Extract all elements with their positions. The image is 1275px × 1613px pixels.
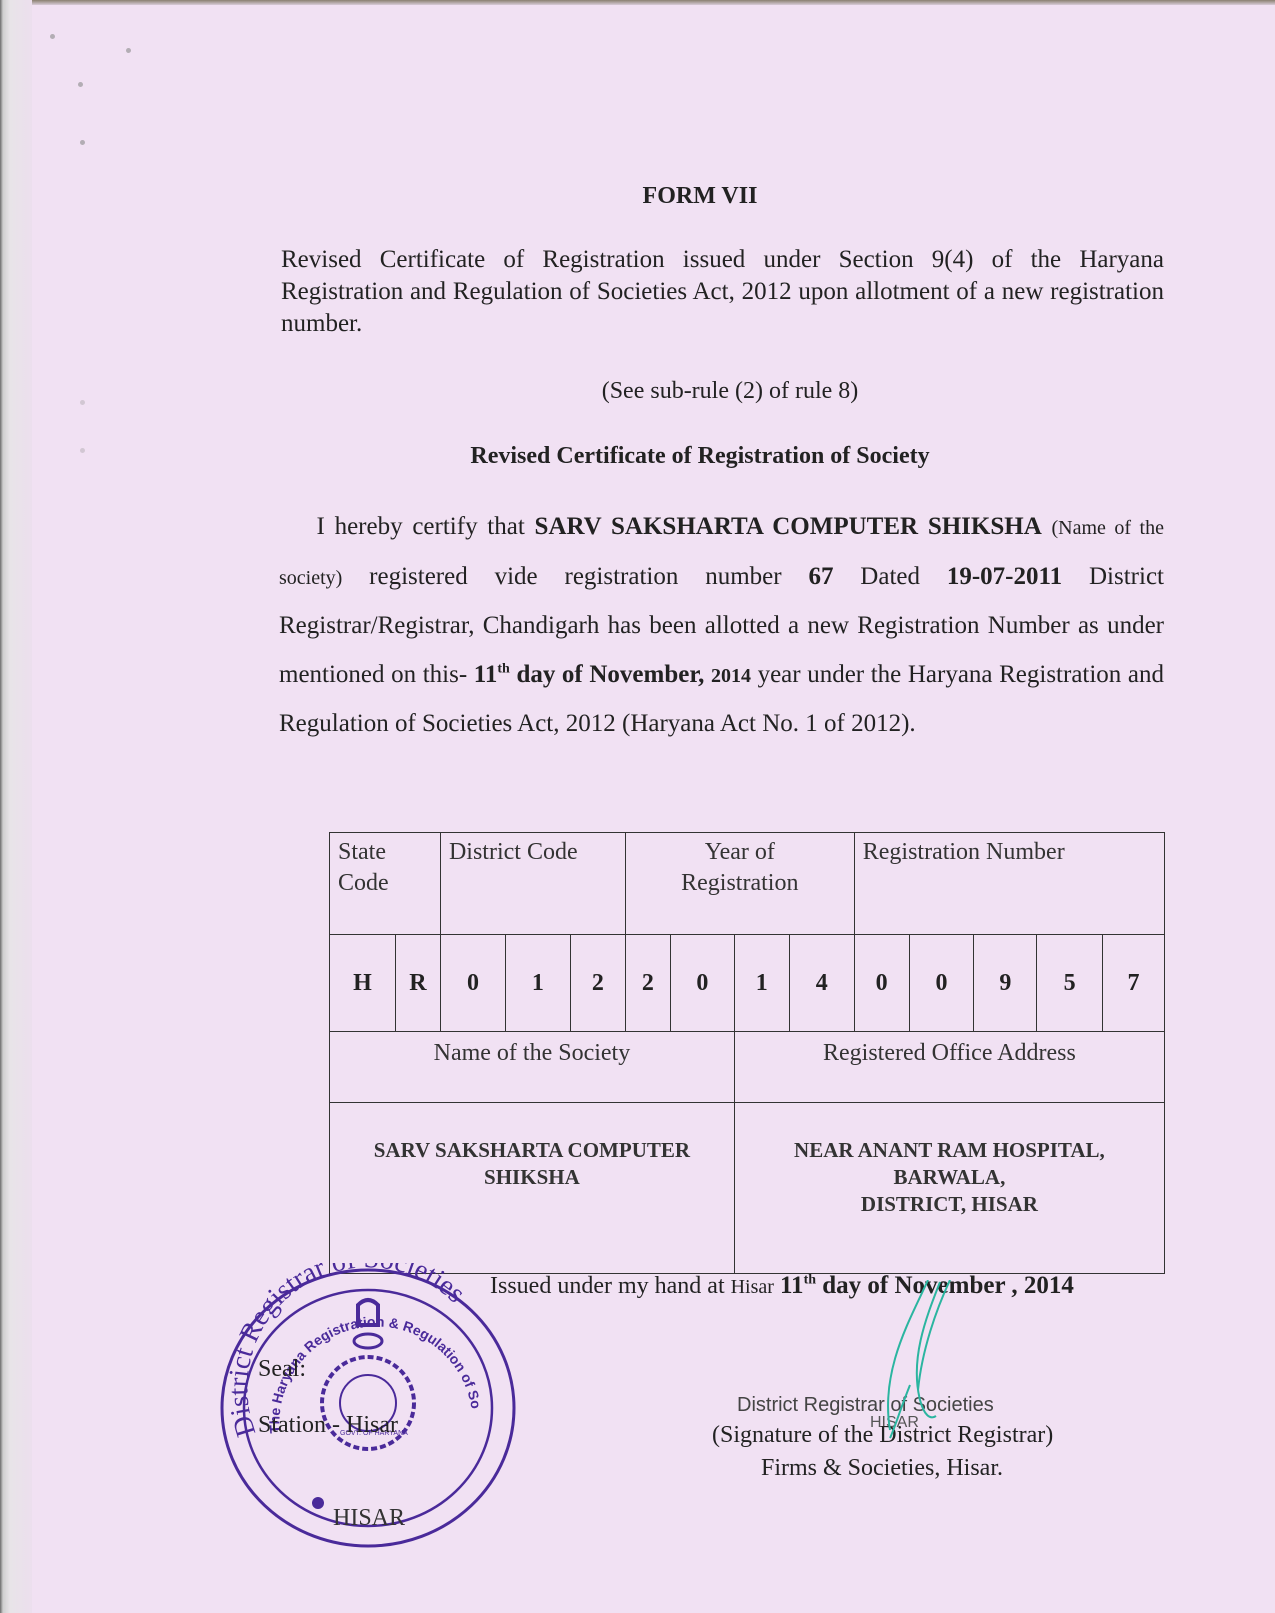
header-office-address: Registered Office Address	[734, 1032, 1164, 1103]
issued-text: Issued under my hand at	[490, 1273, 725, 1299]
certification-paragraph: I hereby certify that SARV SAKSHARTA COM…	[279, 503, 1164, 749]
seal-bottom-text: HISAR	[333, 1505, 405, 1531]
registration-code-digit: 9	[974, 935, 1037, 1032]
scan-speck	[126, 48, 131, 53]
header-state-code: State Code	[330, 833, 441, 935]
body-text: I hereby certify that	[317, 513, 525, 540]
registration-code-digit: 0	[909, 935, 974, 1032]
registration-code-digit: 4	[789, 935, 854, 1032]
scan-speck	[50, 34, 55, 39]
table-header-row: State Code District Code Year of Registr…	[330, 833, 1165, 935]
issued-place: Hisar	[731, 1276, 774, 1298]
registration-code-digit: 0	[440, 935, 505, 1032]
registration-code-digit: 0	[670, 935, 734, 1032]
registration-code-digit: 1	[734, 935, 789, 1032]
society-name: SARV SAKSHARTA COMPUTER SHIKSHA	[535, 513, 1042, 540]
society-name-value: SARV SAKSHARTA COMPUTER SHIKSHA	[330, 1103, 735, 1274]
registration-code-digit: 2	[625, 935, 670, 1032]
table-subheader-row: Name of the Society Registered Office Ad…	[330, 1032, 1165, 1103]
seal-label: Seal:	[258, 1356, 306, 1383]
station-label: Station - Hisar	[258, 1412, 398, 1439]
official-seal-stamp: District Registrar of Societies The Hary…	[218, 1263, 530, 1549]
allotment-month: November,	[589, 661, 704, 688]
signature-office: Firms & Societies, Hisar.	[761, 1455, 1003, 1482]
allotment-year: 2014	[711, 665, 751, 687]
registration-code-digit: 7	[1103, 935, 1165, 1032]
certificate-title: Revised Certificate of Registration of S…	[0, 443, 1275, 470]
day-suffix: th	[497, 661, 509, 676]
body-text: registered vide registration number	[369, 563, 781, 590]
header-registration-number: Registration Number	[854, 833, 1164, 935]
registration-code-digit: 5	[1037, 935, 1103, 1032]
intro-paragraph: Revised Certificate of Registration issu…	[281, 244, 1164, 340]
header-district-code: District Code	[440, 833, 625, 935]
scan-edge	[0, 0, 32, 1613]
body-text: day of	[516, 661, 582, 688]
handwritten-signature	[850, 1280, 990, 1440]
scan-speck	[80, 140, 85, 145]
allotment-day: 11	[474, 661, 498, 688]
registration-code-digit: R	[395, 935, 440, 1032]
form-title: FORM VII	[0, 183, 1275, 210]
registration-code-digit: 1	[505, 935, 570, 1032]
registration-code-digit: H	[330, 935, 396, 1032]
old-registration-number: 67	[808, 563, 833, 590]
registration-code-digit: 0	[854, 935, 909, 1032]
address-line: DISTRICT, HISAR	[735, 1191, 1164, 1218]
address-line: BARWALA,	[735, 1164, 1164, 1191]
sub-rule-reference: (See sub-rule (2) of rule 8)	[0, 378, 1275, 405]
registration-code-row: HR012201400957	[330, 935, 1165, 1032]
registration-table: State Code District Code Year of Registr…	[329, 832, 1165, 1274]
scan-speck	[78, 82, 83, 87]
registration-code-digit: 2	[570, 935, 625, 1032]
body-text: Dated	[860, 563, 920, 590]
office-address-value: NEAR ANANT RAM HOSPITAL, BARWALA, DISTRI…	[734, 1103, 1164, 1274]
header-year-of-registration: Year of Registration	[625, 833, 854, 935]
issued-day: 11	[780, 1272, 804, 1299]
header-society-name: Name of the Society	[330, 1032, 735, 1103]
address-line: NEAR ANANT RAM HOSPITAL,	[735, 1137, 1164, 1164]
issued-day-suffix: th	[804, 1273, 816, 1288]
scan-edge-top	[32, 0, 1275, 5]
table-value-row: SARV SAKSHARTA COMPUTER SHIKSHA NEAR ANA…	[330, 1103, 1165, 1274]
society-name-text: SARV SAKSHARTA COMPUTER SHIKSHA	[342, 1137, 722, 1191]
old-registration-date: 19-07-2011	[947, 563, 1062, 590]
